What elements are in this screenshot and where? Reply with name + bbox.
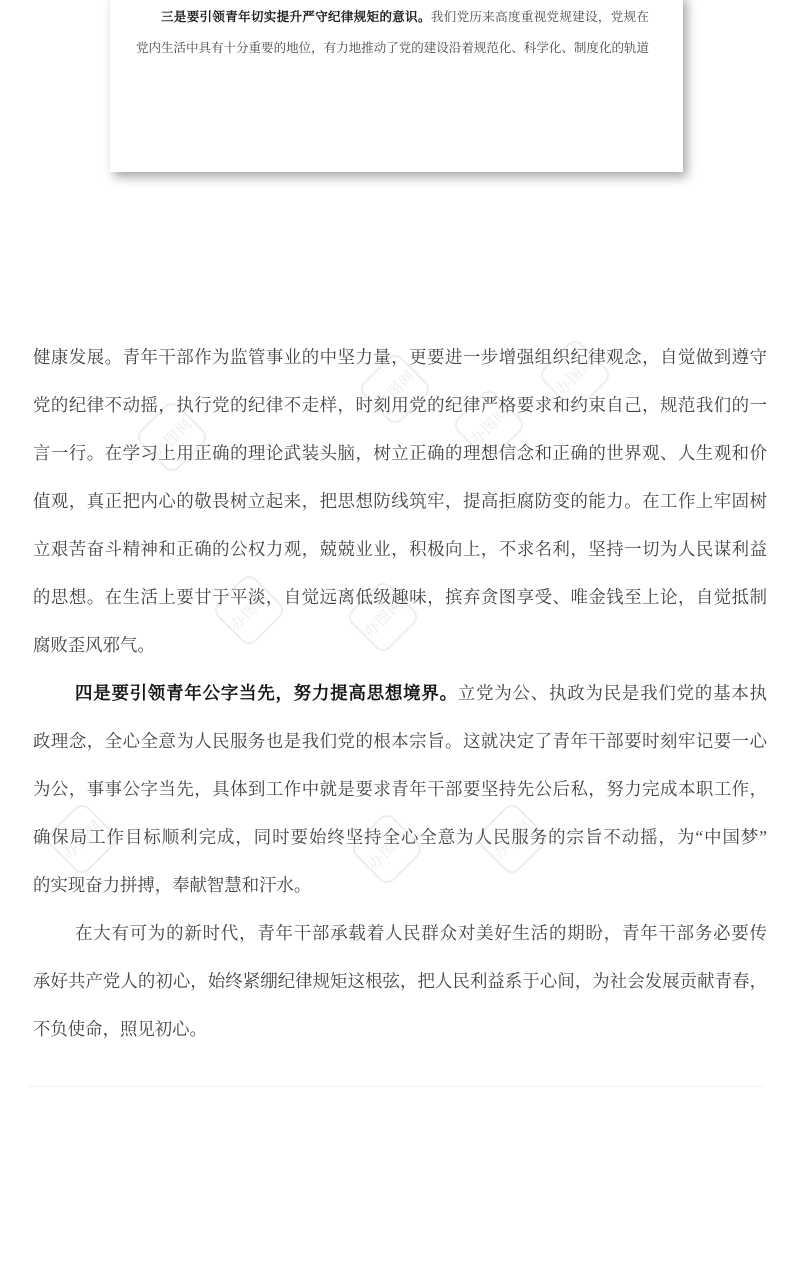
text-line: 四是要引领青年公字当先，努力提高思想境界。立党为公、执政为民是我们党的基本执 <box>33 669 767 717</box>
paragraph-lead-bold: 三是要引领青年切实提升严守纪律规矩的意识。 <box>161 10 431 24</box>
text-line: 言一行。在学习上用正确的理论武装头脑，树立正确的理想信念和正确的世界观、人生观和… <box>33 429 767 477</box>
document-preview-page: { "watermark": { "text": "办图网", "color":… <box>0 0 800 1270</box>
text-line: 政理念，全心全意为人民服务也是我们党的根本宗旨。这就决定了青年干部要时刻牢记要一… <box>33 717 767 765</box>
text-line: 确保局工作目标顺利完成，同时要始终坚持全心全意为人民服务的宗旨不动摇，为“中国梦… <box>33 813 767 861</box>
paragraph-text: 立党为公、执政为民是我们党的基本执 <box>458 683 767 703</box>
text-line: 党内生活中具有十分重要的地位，有力地推动了党的建设沿着规范化、科学化、制度化的轨… <box>136 33 649 64</box>
text-line: 的实现奋力拼搏，奉献智慧和汗水。 <box>33 861 767 909</box>
page-preview-card: 三是要引领青年切实提升严守纪律规矩的意识。我们党历来高度重视党规建设，党规在 党… <box>110 0 683 172</box>
paragraph-lead-bold: 四是要引领青年公字当先，努力提高思想境界。 <box>75 683 458 703</box>
document-body-text: 健康发展。青年干部作为监管事业的中坚力量，更要进一步增强组织纪律观念，自觉做到遵… <box>33 333 767 1053</box>
text-line: 立艰苦奋斗精神和正确的公权力观，兢兢业业，积极向上，不求名利，坚持一切为人民谋利… <box>33 525 767 573</box>
text-line: 在大有可为的新时代，青年干部承载着人民群众对美好生活的期盼，青年干部务必要传 <box>33 909 767 957</box>
text-line: 健康发展。青年干部作为监管事业的中坚力量，更要进一步增强组织纪律观念，自觉做到遵… <box>33 333 767 381</box>
text-line: 值观，真正把内心的敬畏树立起来，把思想防线筑牢，提高拒腐防变的能力。在工作上牢固… <box>33 477 767 525</box>
text-line: 腐败歪风邪气。 <box>33 621 767 669</box>
text-line: 为公，事事公字当先，具体到工作中就是要求青年干部要坚持先公后私，努力完成本职工作… <box>33 765 767 813</box>
text-line: 党的纪律不动摇，执行党的纪律不走样，时刻用党的纪律严格要求和约束自己，规范我们的… <box>33 381 767 429</box>
text-line: 承好共产党人的初心，始终紧绷纪律规矩这根弦，把人民利益系于心间，为社会发展贡献青… <box>33 957 767 1005</box>
text-line: 的思想。在生活上要甘于平淡，自觉远离低级趣味，摈弃贪图享受、唯金钱至上论，自觉抵… <box>33 573 767 621</box>
page-bottom-divider <box>28 1086 765 1087</box>
text-line: 三是要引领青年切实提升严守纪律规矩的意识。我们党历来高度重视党规建设，党规在 <box>136 2 649 33</box>
text-line: 不负使命，照见初心。 <box>33 1005 767 1053</box>
paragraph-text: 我们党历来高度重视党规建设，党规在 <box>431 10 649 24</box>
